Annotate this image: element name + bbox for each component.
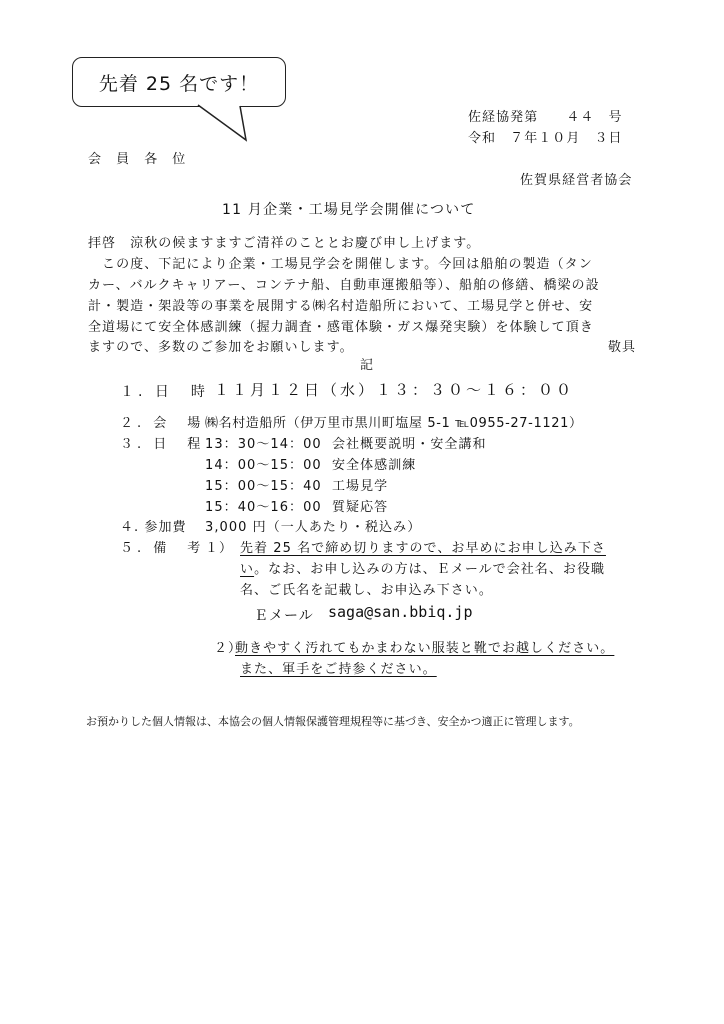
note1-line2-rest: 。なお、お申し込みの方は、Ｅメールで会社名、お役職 bbox=[254, 562, 605, 577]
doc-number: 佐経協発第 ４４ 号 bbox=[468, 106, 623, 125]
note2-line1: 動きやすく汚れてもかまわない服装と靴でお越しください。 bbox=[235, 637, 614, 656]
schedule-event-4: 質疑応答 bbox=[332, 496, 388, 515]
body-line-1: 拝啓 涼秋の候ますますご清祥のこととお慶び申し上げます。 bbox=[88, 232, 480, 251]
email-label: Ｅメール bbox=[254, 605, 314, 625]
callout-tail-icon bbox=[196, 104, 256, 144]
sender: 佐賀県経営者協会 bbox=[520, 169, 632, 188]
page-title: 11 月企業・工場見学会開催について bbox=[222, 199, 476, 219]
note1-line3: 名、ご氏名を記載し、お申込み下さい。 bbox=[240, 579, 493, 598]
note1-line2: い。なお、お申し込みの方は、Ｅメールで会社名、お役職 bbox=[240, 558, 605, 577]
schedule-time-1: 13：30～14：00 bbox=[205, 433, 322, 452]
item-fee-value: 3,000 円（一人あたり・税込み） bbox=[205, 516, 421, 535]
item-venue-value: ㈱名村造船所（伊万里市黒川町塩屋 5-1 ℡0955-27-1121） bbox=[205, 412, 583, 431]
closing: 敬具 bbox=[608, 336, 636, 355]
item-date-label: １. 日 時 bbox=[120, 381, 209, 401]
schedule-event-1: 会社概要説明・安全講和 bbox=[332, 433, 487, 452]
item-venue-label: ２. 会 場 bbox=[120, 412, 204, 431]
doc-date: 令和 ７年１０月 ３日 bbox=[468, 127, 623, 146]
note1-line2-underlined: い bbox=[240, 562, 254, 577]
recipient: 会 員 各 位 bbox=[88, 148, 186, 167]
item-schedule-label: ３. 日 程 bbox=[120, 433, 204, 452]
item-fee-label: ４. 参加費 bbox=[120, 516, 187, 535]
email-address[interactable]: saga@san.bbiq.jp bbox=[328, 603, 473, 621]
note1-number: １） bbox=[205, 537, 233, 556]
callout-text: 先着 25 名です！ bbox=[73, 69, 285, 96]
schedule-time-4: 15：40～16：00 bbox=[205, 496, 322, 515]
schedule-event-2: 安全体感訓練 bbox=[332, 454, 416, 473]
note2-line2: また、軍手をご持参ください。 bbox=[240, 658, 437, 677]
schedule-event-3: 工場見学 bbox=[332, 475, 388, 494]
note1-line1-underlined: 先着 25 名で締め切りますので、お早めにお申し込み下さ bbox=[240, 537, 606, 556]
body-line-6: ますので、多数のご参加をお願いします。 bbox=[88, 336, 354, 355]
schedule-time-2: 14：00～15：00 bbox=[205, 454, 322, 473]
privacy-notice: お預かりした個人情報は、本協会の個人情報保護管理規程等に基づき、安全かつ適正に管… bbox=[86, 713, 580, 729]
schedule-time-3: 15：00～15：40 bbox=[205, 475, 322, 494]
body-line-4: 計・製造・架設等の事業を展開する㈱名村造船所において、工場見学と併せ、安 bbox=[88, 295, 593, 314]
item-date-value: １１月１２日（水）１３：３０～１６：００ bbox=[214, 379, 574, 400]
callout-bubble: 先着 25 名です！ bbox=[72, 57, 286, 107]
ki-heading: 記 bbox=[360, 354, 374, 373]
body-line-3: カー、バルクキャリアー、コンテナ船、自動車運搬船等）、船舶の修繕、橋梁の設 bbox=[88, 274, 600, 293]
body-line-5: 全道場にて安全体感訓練（握力調査・感電体験・ガス爆発実験）を体験して頂き bbox=[88, 316, 594, 335]
item-notes-label: ５. 備 考 bbox=[120, 537, 204, 556]
body-line-2: この度、下記により企業・工場見学会を開催します。今回は船舶の製造（タン bbox=[88, 253, 593, 272]
